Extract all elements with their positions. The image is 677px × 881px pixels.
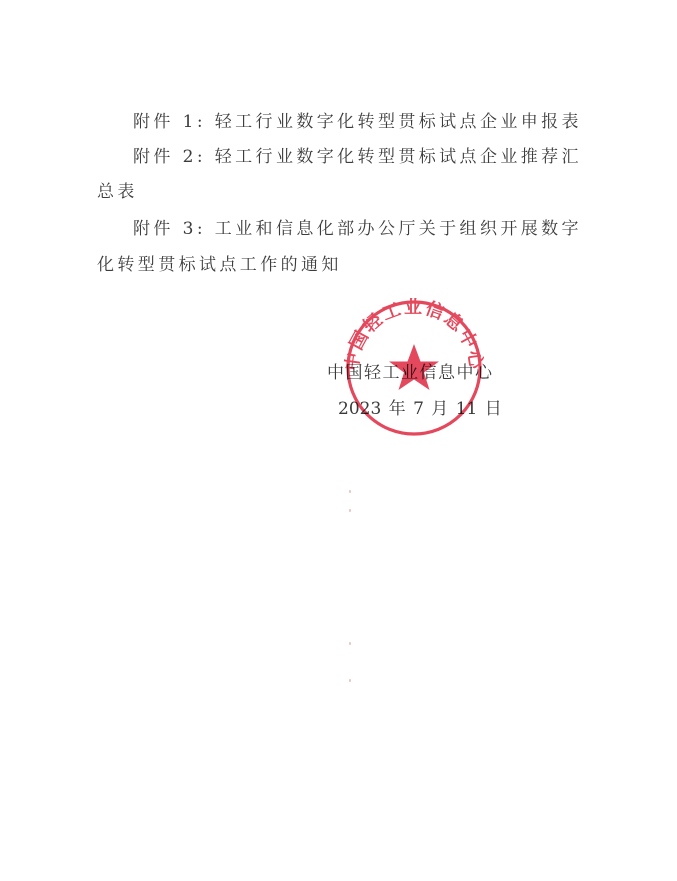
official-seal-stamp: 中国轻工业信息中心 [344,298,484,438]
attachment-2-text-continued: 总表 [97,182,138,202]
attachment-3-text: 附件 3: 工业和信息化部办公厅关于组织开展数字 [133,219,582,239]
star-icon [389,344,439,390]
scan-speck [349,642,351,645]
attachment-3-text-continued: 化转型贯标试点工作的通知 [97,255,342,275]
document-page: 附件 1: 轻工行业数字化转型贯标试点企业申报表 附件 2: 轻工行业数字化转型… [0,0,677,881]
scan-speck [349,509,351,512]
attachment-2-text: 附件 2: 轻工行业数字化转型贯标试点企业推荐汇 [133,147,582,167]
scan-speck [349,679,351,682]
attachment-1-text: 附件 1: 轻工行业数字化转型贯标试点企业申报表 [133,112,582,132]
scan-speck [349,490,351,493]
